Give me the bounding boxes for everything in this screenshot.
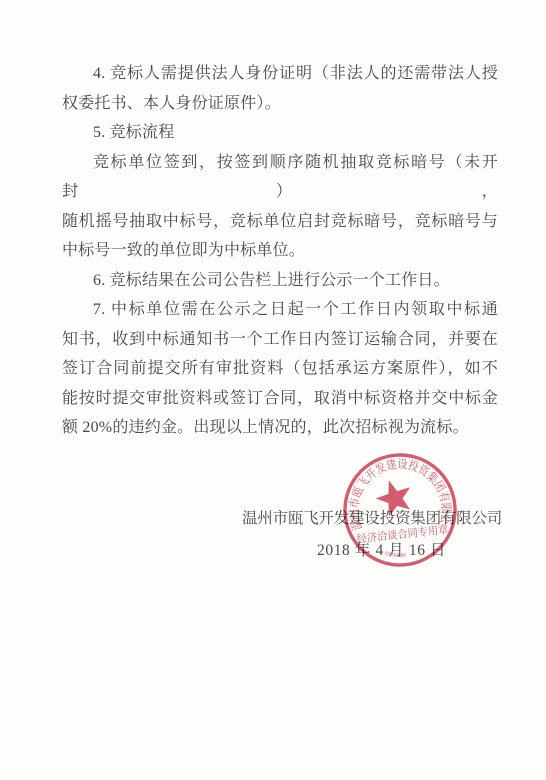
star-icon <box>372 475 417 519</box>
document-page: 4. 竞标人需提供法人身份证明（非法人的还需带法人授权委托书、本人身份证原件）。… <box>0 0 546 780</box>
text-line: 签订合同前提交所有审批资料（包括承运方案原件），如不 <box>62 354 498 384</box>
text-line: 竞标单位签到，按签到顺序随机抽取竞标暗号（未开封）， <box>62 148 498 207</box>
text-line: 中标号一致的单位即为中标单位。 <box>62 236 498 266</box>
text-line: 7. 中标单位需在公示之日起一个工作日内领取中标通 <box>62 295 498 325</box>
text-line: 知书，收到中标通知书一个工作日内签订运输合同，并要在 <box>62 325 498 355</box>
text-line: 6. 竞标结果在公司公告栏上进行公示一个工作日。 <box>62 266 498 296</box>
stamp-serial-text: 02030500 <box>383 548 406 560</box>
document-body: 4. 竞标人需提供法人身份证明（非法人的还需带法人授权委托书、本人身份证原件）。… <box>62 59 498 443</box>
text-line: 4. 竞标人需提供法人身份证明（非法人的还需带法人授 <box>62 59 498 89</box>
text-line: 能按时提交审批资料或签订合同，取消中标资格并交中标金 <box>62 384 498 414</box>
text-line: 权委托书、本人身份证原件）。 <box>62 89 498 119</box>
text-line: 5. 竞标流程 <box>62 118 498 148</box>
text-line: 随机摇号抽取中标号，竞标单位启封竞标暗号，竞标暗号与 <box>62 207 498 237</box>
company-seal-stamp: 温州市瓯飞开发建设投资集团有限公司 经济洽谈合同专用章 02030500 <box>323 433 477 587</box>
stamp-banner-text: 经济洽谈合同专用章 <box>356 522 449 546</box>
